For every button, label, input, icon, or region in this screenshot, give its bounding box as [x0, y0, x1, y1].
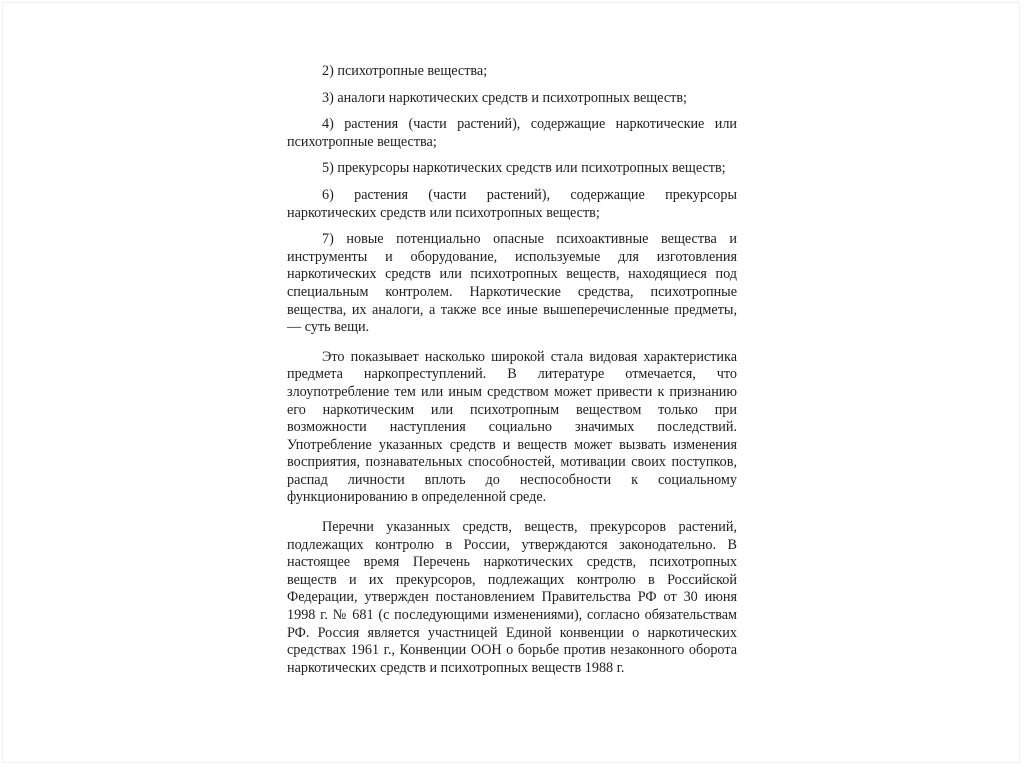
list-item-3: 3) аналоги наркотических средств и психо… [287, 90, 737, 108]
paragraph-legislation: Перечни указанных средств, веществ, прек… [287, 519, 737, 677]
list-item-6: 6) растения (части растений), содержащие… [287, 187, 737, 222]
list-item-4: 4) растения (части растений), содержащие… [287, 116, 737, 151]
list-item-5: 5) прекурсоры наркотических средств или … [287, 160, 737, 178]
document-page: 2) психотропные вещества; 3) аналоги нар… [287, 63, 737, 686]
paragraph-characteristics: Это показывает насколько широкой стала в… [287, 349, 737, 507]
list-item-2: 2) психотропные вещества; [287, 63, 737, 81]
list-item-7: 7) новые потенциально опасные психоактив… [287, 231, 737, 337]
